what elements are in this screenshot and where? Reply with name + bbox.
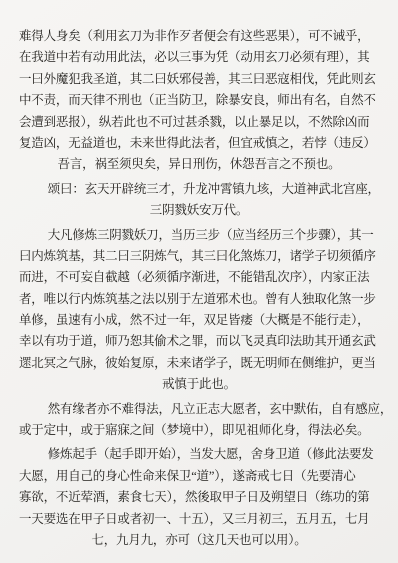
- text-line: 三阴戮妖安万代。: [19, 200, 379, 221]
- text-line: 复造凶，无益道也，未来世得此法者，但宜戒慎之，若悖（违反）: [19, 133, 379, 154]
- text-line: 修炼起手（起手即开始），当发大愿，舍身卫道（修此法要发: [19, 444, 379, 465]
- text-line: 戒慎于此也。: [19, 374, 379, 395]
- scanned-page: 难得人身矣（利用玄刀为非作歹者便会有这些恶果），可不诫乎， 在我道中若有动用此法…: [0, 0, 398, 563]
- text-line: 大凡修炼三阴戮妖刀，当历三步（应当经历三个步骤），其一: [19, 225, 379, 246]
- paragraph: 修炼起手（起手即开始），当发大愿，舍身卫道（修此法要发 大愿，用自己的身心性命来…: [19, 444, 379, 551]
- paragraph: 大凡修炼三阴戮妖刀，当历三步（应当经历三个步骤），其一 曰内炼筑基，其二曰三阴炼…: [19, 225, 379, 396]
- text-line: 中不责，而天律不刑也（正当防卫，除暴安良，师出有名，自然不: [19, 90, 379, 111]
- text-line: 吾言，祸至须臾矣，异日刑伤，休怨吾言之不预也。: [19, 154, 379, 175]
- text-line: 幸以有功于道，师乃恕其偷术之罪，而以飞灵真印法助其开通玄武: [19, 331, 379, 352]
- text-line: 单修，虽速有小成，然不过一年，双足皆痿（大概是不能行走），: [19, 310, 379, 331]
- text-line: 寡欲，不近荤酒，素食七天），然後取甲子日及朔望日（练功的第: [19, 487, 379, 508]
- text-line: 或于定中，或于寤寐之间（梦境中），即见祖师化身，得法必矣。: [19, 420, 379, 441]
- text-line: 会遭到恶报），纵若此也不可过甚杀戮，以止暴足以，不然除凶而: [19, 112, 379, 133]
- text-line: 曰内炼筑基，其二曰三阴炼气，其三曰化煞炼刀，诸学子切须循序: [19, 246, 379, 267]
- text-line: 一曰外魔犯我圣道，其二曰妖邪侵善，其三曰恶寇相伐，凭此则玄: [19, 69, 379, 90]
- text-line: 然有缘者亦不难得法，凡立正志大愿者，玄中默佑，自有感应，: [19, 399, 379, 420]
- text-line: 颂曰：玄天开辟统三才，升龙冲霄镇九垓，大道神武北宫座，: [19, 179, 379, 200]
- text-line: 七，九月九，亦可（这几天也可以用）。: [19, 530, 379, 551]
- paragraph: 然有缘者亦不难得法，凡立正志大愿者，玄中默佑，自有感应， 或于定中，或于寤寐之间…: [19, 399, 379, 442]
- text-line: 大愿，用自己的身心性命来保卫“道”），遂斋戒七日（先要清心: [19, 466, 379, 487]
- text-line: 在我道中若有动用此法，必以三事为凭（动用玄刀必须有理），其: [19, 47, 379, 68]
- text-line: 而进，不可妄自截越（必须循序渐进，不能错乱次序），内家正法: [19, 267, 379, 288]
- paragraph: 难得人身矣（利用玄刀为非作歹者便会有这些恶果），可不诫乎， 在我道中若有动用此法…: [19, 26, 379, 176]
- text-line: 一天要选在甲子日或者初一、十五），又三月初三，五月五，七月: [19, 509, 379, 530]
- paragraph-verse: 颂曰：玄天开辟统三才，升龙冲霄镇九垓，大道神武北宫座， 三阴戮妖安万代。: [19, 179, 379, 222]
- text-line: 遝北冥之气脉，彼始复原，未来诸学子，既无明师在侧维护，更当: [19, 353, 379, 374]
- text-line: 者，唯以行内炼筑基之法以别于左道邪术也。曾有人独取化煞一步: [19, 289, 379, 310]
- text-line: 难得人身矣（利用玄刀为非作歹者便会有这些恶果），可不诫乎，: [19, 26, 379, 47]
